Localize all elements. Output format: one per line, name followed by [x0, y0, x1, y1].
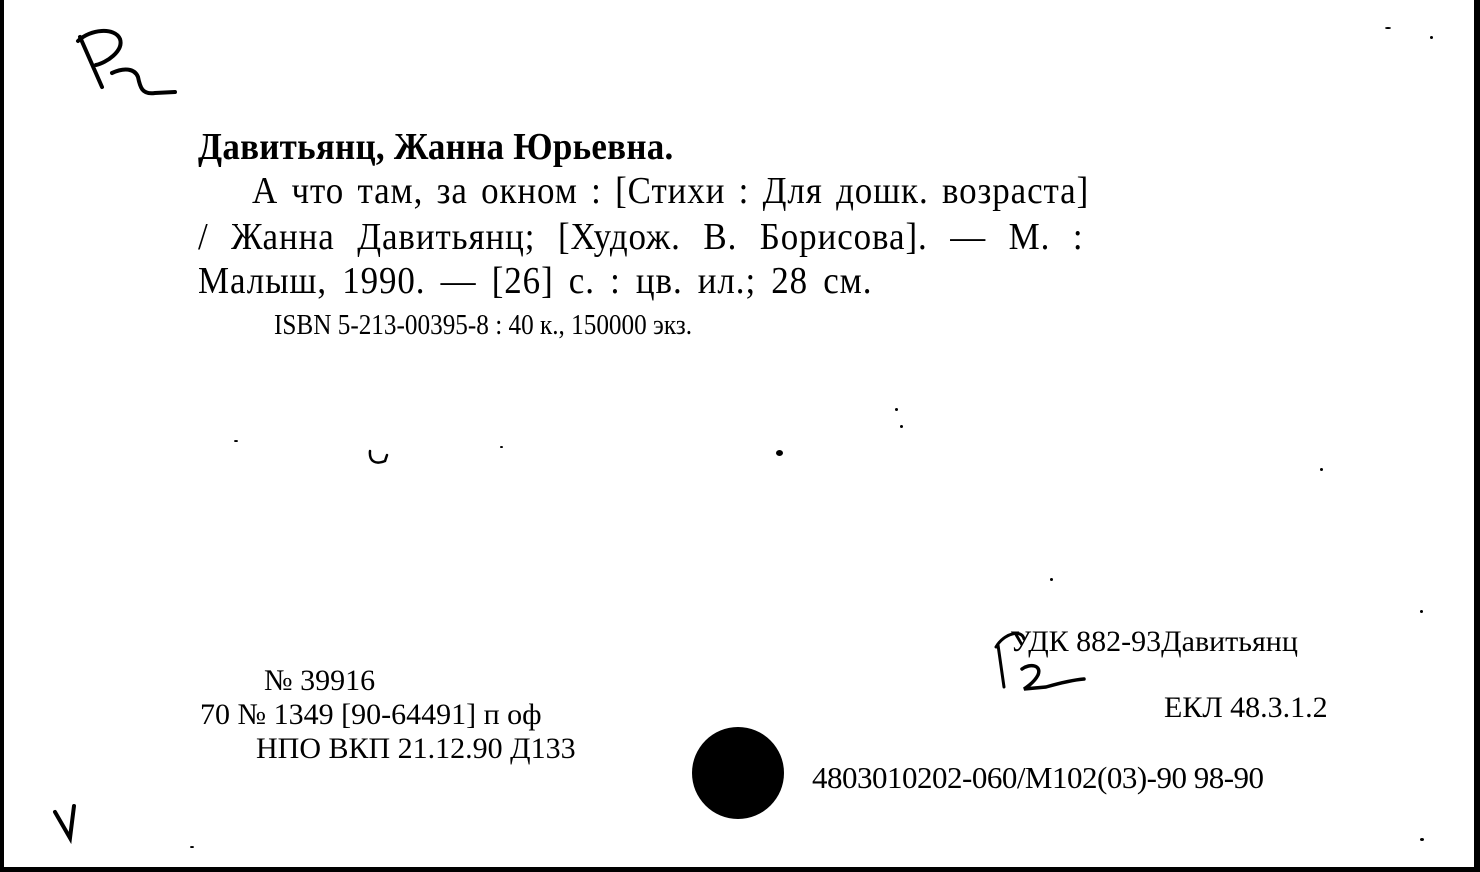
scan-speck	[895, 408, 898, 411]
responsibility-line: / Жанна Давитьянц; [Худож. В. Борисова].…	[198, 218, 1083, 256]
scan-speck	[1420, 838, 1424, 841]
printer-line: НПО ВКП 21.12.90 Д133	[256, 734, 576, 764]
catalog-card: Давитьянц, Жанна Юрьевна. А что там, за …	[0, 0, 1480, 872]
scan-speck	[1420, 610, 1423, 613]
handwritten-r2-icon	[70, 25, 190, 105]
scan-speck	[900, 425, 903, 428]
print-info-line: 70 № 1349 [90-64491] п оф	[200, 700, 542, 730]
scan-speck	[1050, 578, 1053, 581]
hole-punch-stamp	[692, 727, 784, 819]
scan-speck	[776, 450, 783, 456]
order-number: № 39916	[264, 666, 375, 696]
publication-line: Малыш, 1990. — [26] с. : цв. ил.; 28 см.	[198, 262, 872, 300]
scan-speck	[190, 846, 194, 848]
handwritten-check-icon	[50, 800, 90, 845]
scan-speck	[500, 446, 503, 448]
catalog-code: 4803010202-060/М102(03)-90 98-90	[812, 762, 1264, 793]
scan-speck	[234, 440, 238, 442]
card-edge-bottom	[0, 867, 1480, 872]
card-edge-right	[1474, 0, 1480, 872]
scan-speck	[1385, 27, 1391, 29]
title-line: А что там, за окном : [Стихи : Для дошк.…	[252, 172, 1089, 210]
scan-speck	[1430, 36, 1433, 39]
udk-classification: УДК 882-93Давитьянц	[1010, 627, 1298, 657]
card-edge-left	[0, 0, 4, 872]
scan-speck	[1320, 468, 1323, 471]
ekl-classification: ЕКЛ 48.3.1.2	[1164, 693, 1328, 723]
isbn-line: ISBN 5-213-00395-8 : 40 к., 150000 экз.	[274, 312, 692, 340]
author-heading: Давитьянц, Жанна Юрьевна.	[198, 128, 674, 166]
pen-mark-icon	[365, 445, 395, 470]
